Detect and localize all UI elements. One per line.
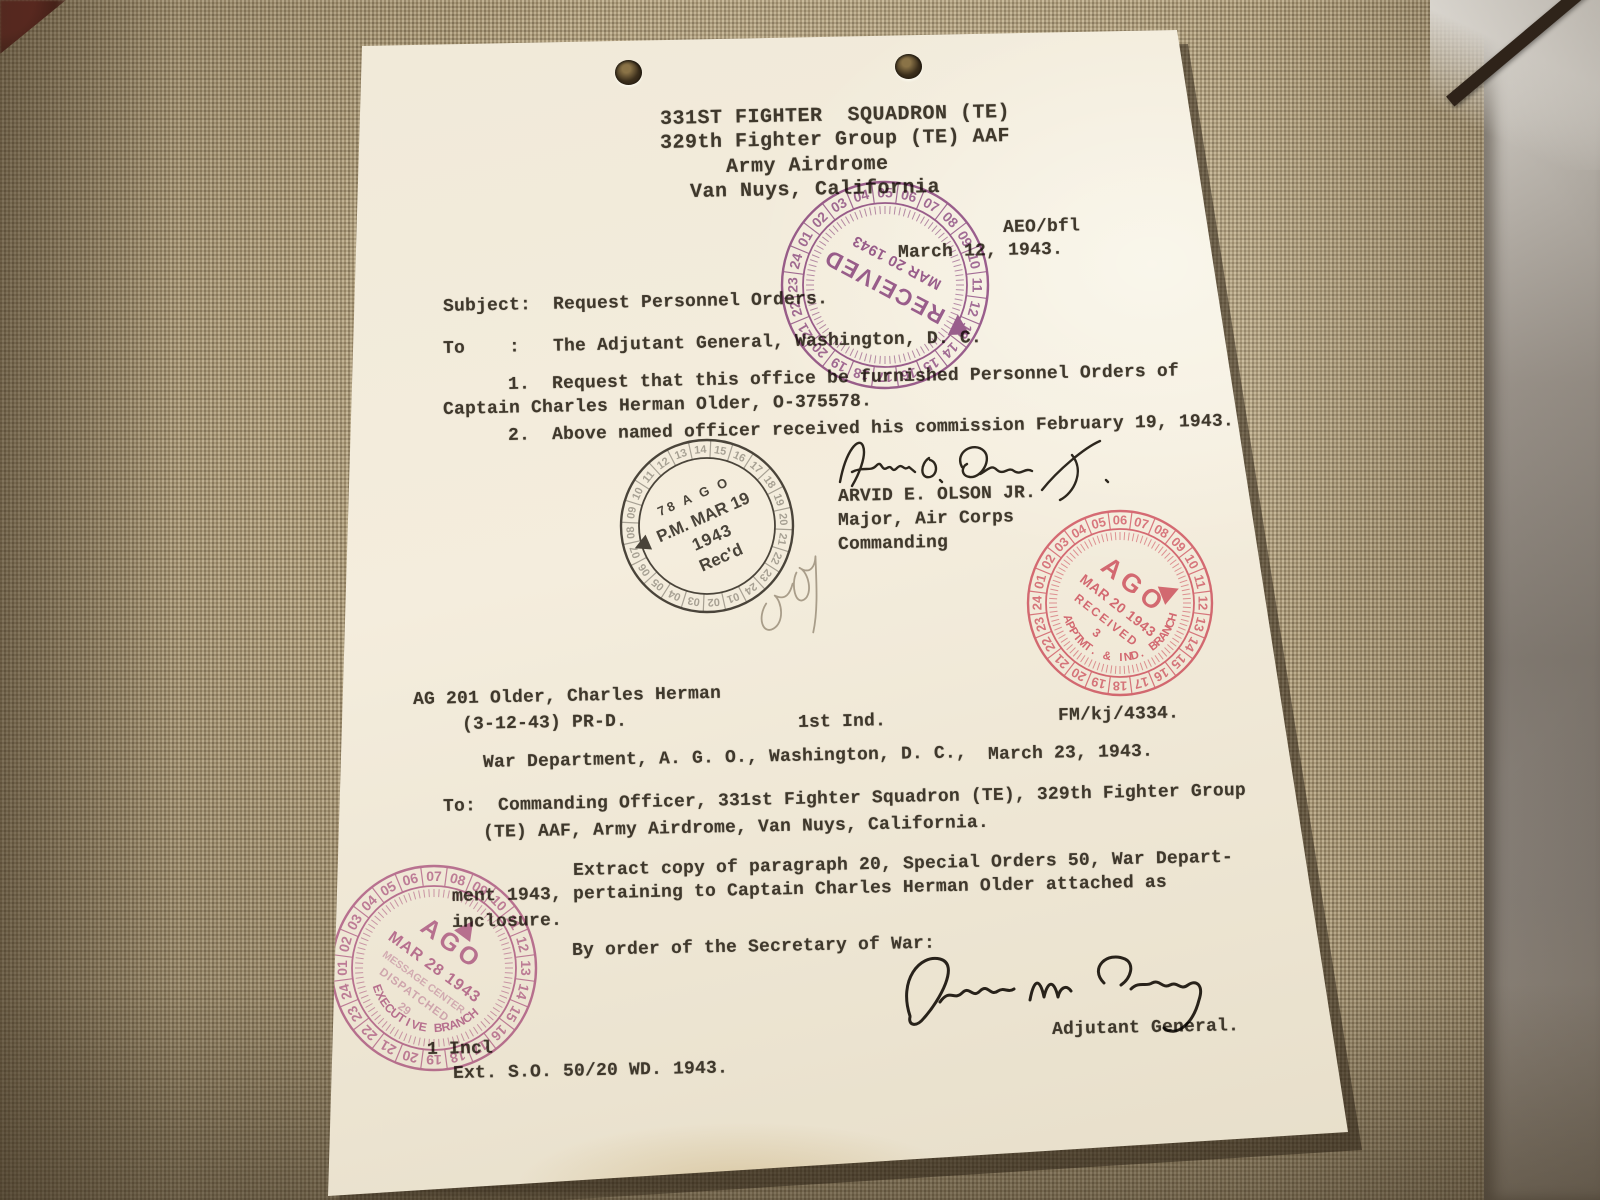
stamp-hatch-tick xyxy=(1097,663,1100,671)
stamp-hatch-tick xyxy=(1070,553,1076,559)
stamp-hatch-tick xyxy=(808,270,816,272)
stamp-hatch-tick xyxy=(865,354,867,362)
stamp-cell-divider xyxy=(710,440,711,458)
stamp-hatch-tick xyxy=(356,958,364,959)
stamp-hatch-tick xyxy=(956,290,964,291)
stamp-hatch-tick xyxy=(1059,568,1066,572)
stamp-hatch-tick xyxy=(924,219,928,226)
stamp-hatch-tick xyxy=(404,895,407,902)
stamp-ring-number: 13 xyxy=(1191,616,1209,634)
stamp-ring-number: 23 xyxy=(785,277,801,293)
stamp-hatch-tick xyxy=(504,958,512,959)
stamp-hatch-tick xyxy=(505,973,513,974)
stamp-hatch-tick xyxy=(487,1015,493,1020)
stamp-hatch-tick xyxy=(1148,539,1152,546)
stamp-hatch-tick xyxy=(371,1011,377,1016)
stamp-hatch-tick xyxy=(806,290,814,291)
stamp-hatch-tick xyxy=(470,900,474,907)
stamp-ring-number: 13 xyxy=(518,960,534,976)
stamp-hatch-tick xyxy=(452,1037,454,1045)
stamp-hatch-tick xyxy=(358,948,366,950)
stamp-hatch-tick xyxy=(1115,666,1116,674)
stamp-hatch-tick xyxy=(481,909,486,915)
stamp-ring-cell: 17 xyxy=(872,366,893,387)
stamp-cell-divider xyxy=(783,296,804,299)
stamp-ring-number: 03 xyxy=(687,594,701,608)
stamp-cell-divider xyxy=(775,529,793,530)
stamp-hatch-tick xyxy=(938,332,944,337)
stamp-cell-divider xyxy=(1029,613,1047,615)
stamp-arc-letter: I xyxy=(1119,652,1122,664)
stamp-cell-divider xyxy=(896,366,899,387)
stamp-hatch-tick xyxy=(833,338,838,344)
signer-rank: Major, Air Corps xyxy=(838,507,1014,531)
stamp-ring-number: 07 xyxy=(1133,514,1151,532)
stamp-hatch-tick xyxy=(890,206,891,214)
stamp-hatch-tick xyxy=(358,986,366,988)
signature-stroke xyxy=(840,441,1108,500)
stamp-ring-cell: 23 xyxy=(783,272,804,293)
stamp-hatch-tick xyxy=(846,346,850,353)
stamp-hatch-tick xyxy=(461,1034,464,1041)
stamp-hatch-tick xyxy=(439,1039,440,1047)
stamp-hatch-tick xyxy=(826,233,832,238)
stamp-hatch-tick xyxy=(501,943,509,946)
stamp-cell-divider xyxy=(1130,512,1132,530)
stamp-hatch-tick xyxy=(390,902,394,909)
stamp-ring-number: 24 xyxy=(1030,595,1045,610)
stamp-hatch-tick xyxy=(1097,536,1100,544)
stamp-ring-number: 20 xyxy=(400,1047,419,1067)
stamp-hatch-tick xyxy=(1093,537,1096,544)
stamp-hatch-tick xyxy=(807,294,815,295)
stamp-hatch-tick xyxy=(1175,568,1182,572)
stamp-cell-divider xyxy=(1193,613,1211,615)
stamp-hatch-tick xyxy=(361,995,368,998)
stamp-hatch-tick xyxy=(1064,560,1070,565)
stamp-hatch-tick xyxy=(894,207,895,215)
stamp-hatch-tick xyxy=(1106,665,1108,673)
stamp-hatch-tick xyxy=(371,920,377,925)
endorsement-body-line-2: ment 1943, pertaining to Captain Charles… xyxy=(452,873,1167,907)
stamp-arc-letter: & xyxy=(1101,650,1112,664)
stamp-ring-number: 18 xyxy=(851,365,870,385)
stamp-hatch-tick xyxy=(470,1029,474,1036)
stamp-hatch-tick xyxy=(498,933,505,937)
stamp-ring-number: 09 xyxy=(625,506,639,520)
stamp-cell-divider xyxy=(623,541,641,545)
indorsement-label: 1st Ind. xyxy=(798,711,886,733)
stamp-ring-number: 21 xyxy=(775,532,789,546)
stamp-hatch-tick xyxy=(503,986,511,988)
stamp-ring-cell: 13 xyxy=(515,960,535,981)
stamp-hatch-tick xyxy=(1155,544,1159,551)
signature-stroke xyxy=(907,957,1201,1031)
stamp-hatch-tick xyxy=(419,891,421,899)
photo-scene: 331ST FIGHTER SQUADRON (TE) 329th Fighte… xyxy=(0,0,1600,1200)
stamp-cell-divider xyxy=(445,1049,448,1069)
stamp-hatch-tick xyxy=(1136,534,1138,542)
endorsement-ref-line-2: (3-12-43) PR-D. xyxy=(462,712,627,735)
stamp-hatch-tick xyxy=(439,889,440,897)
stamp-cell-divider xyxy=(333,955,353,958)
stamp-hatch-tick xyxy=(912,351,915,358)
stamp-ring-number: 12 xyxy=(1195,596,1210,610)
stamp-ring-cell: 24 xyxy=(1029,591,1047,610)
stamp-ring-number: 11 xyxy=(1191,573,1209,590)
stamp-cell-divider xyxy=(722,592,726,610)
stamp-hatch-tick xyxy=(1053,580,1061,583)
stamp-hatch-tick xyxy=(841,219,845,226)
stamp-hatch-tick xyxy=(1128,533,1129,541)
stamp-hatch-tick xyxy=(819,241,826,245)
stamp-hatch-tick xyxy=(1182,589,1190,591)
ago-recd-stamp-black: 0102030405060708091011121314151617181920… xyxy=(607,426,807,626)
stamp-hatch-tick xyxy=(1051,585,1059,587)
stamp-hatch-tick xyxy=(908,352,911,360)
stamp-ring-number: 01 xyxy=(334,960,350,976)
stamp-hatch-tick xyxy=(473,902,477,909)
stamp-hatch-tick xyxy=(1162,650,1167,656)
stamp-hatch-tick xyxy=(903,209,905,217)
stamp-hatch-tick xyxy=(1064,641,1070,646)
stamp-hatch-tick xyxy=(1093,661,1096,668)
stamp-hatch-tick xyxy=(1180,623,1188,626)
stamp-ring-number: 05 xyxy=(1090,514,1108,532)
stamp-hatch-tick xyxy=(366,1004,373,1008)
stamp-hatch-tick xyxy=(443,890,444,898)
stamp-hatch-tick xyxy=(375,916,381,921)
stamp-cell-divider xyxy=(515,979,535,982)
stamp-cell-divider xyxy=(966,272,987,275)
stamp-hatch-tick xyxy=(924,344,928,351)
stamp-ring-number: 13 xyxy=(673,447,689,462)
stamp-hatch-tick xyxy=(452,892,454,900)
stamp-cell-divider xyxy=(1130,676,1132,694)
stamp-hatch-tick xyxy=(504,982,512,984)
stamp-hatch-tick xyxy=(355,973,363,974)
stamp-hatch-tick xyxy=(944,241,951,245)
stamp-ring-cell: 01 xyxy=(333,955,353,976)
stamp-ring-cell: 20 xyxy=(774,512,793,531)
stamp-hatch-tick xyxy=(949,316,956,320)
stamp-hatch-tick xyxy=(928,341,933,347)
stamp-hatch-tick xyxy=(1102,534,1104,542)
stamp-ring-number: 22 xyxy=(786,299,806,318)
stamp-cell-divider xyxy=(333,979,353,982)
stamp-hatch-tick xyxy=(903,354,905,362)
stamp-hatch-tick xyxy=(409,893,412,901)
endorsement-ref-line-1: AG 201 Older, Charles Herman xyxy=(413,684,721,710)
stamp-ring-number: 16 xyxy=(899,365,918,385)
stamp-hatch-tick xyxy=(419,1038,421,1046)
stamp-center-line: 3 xyxy=(1090,625,1104,640)
stamp-hatch-tick xyxy=(1177,631,1184,635)
stamp-hatch-tick xyxy=(946,246,953,250)
stamp-hatch-tick xyxy=(1162,550,1167,556)
stamp-hatch-tick xyxy=(1050,594,1058,595)
stamp-hatch-tick xyxy=(935,335,941,341)
stamp-hatch-tick xyxy=(487,916,493,921)
stamp-hatch-tick xyxy=(850,349,854,356)
stamp-hatch-tick xyxy=(1102,664,1104,672)
stamp-hatch-tick xyxy=(860,352,863,360)
stamp-hatch-tick xyxy=(490,920,496,925)
stamp-hatch-tick xyxy=(500,995,507,998)
stamp-hatch-tick xyxy=(355,963,363,964)
stamp-ring-number: 14 xyxy=(513,982,533,1001)
stamp-hatch-tick xyxy=(1073,550,1078,556)
stamp-ring-number: 07 xyxy=(426,868,442,884)
stamp-ring-number: 14 xyxy=(694,444,708,457)
stamp-hatch-tick xyxy=(368,924,375,928)
endorsement-to-line-2: (TE) AAF, Army Airdrome, Van Nuys, Calif… xyxy=(483,813,989,843)
stamp-hatch-tick xyxy=(361,938,368,941)
stamp-hatch-tick xyxy=(1128,665,1129,673)
stamp-hatch-tick xyxy=(465,1032,469,1039)
stamp-cell-divider xyxy=(872,183,875,204)
stamp-hatch-tick xyxy=(484,912,490,918)
stamp-hatch-tick xyxy=(457,1035,460,1043)
stamp-hatch-tick xyxy=(875,207,876,215)
stamp-hatch-tick xyxy=(1155,655,1159,662)
stamp-ago-magenta-svg: 0102030405060708091011121314151617181920… xyxy=(318,852,550,1084)
stamp-hatch-tick xyxy=(481,1021,486,1027)
stamp-hatch-tick xyxy=(1106,533,1108,541)
stamp-hatch-tick xyxy=(395,900,399,907)
stamp-hatch-tick xyxy=(504,977,512,978)
stamp-hatch-tick xyxy=(1085,542,1089,549)
stamp-hatch-tick xyxy=(850,214,854,221)
stamp-hatch-tick xyxy=(1170,641,1176,646)
stamp-ring-number: 02 xyxy=(335,934,355,953)
stamp-hatch-tick xyxy=(1054,627,1061,630)
stamp-hatch-tick xyxy=(875,355,876,363)
stamp-hatch-tick xyxy=(395,1029,399,1036)
stamp-ring-cell: 05 xyxy=(877,183,898,204)
stamp-hatch-tick xyxy=(465,897,469,904)
stamp-hatch-tick xyxy=(809,265,817,267)
stamp-hatch-tick xyxy=(855,351,858,358)
stamp-hatch-tick xyxy=(500,938,507,941)
stamp-hatch-tick xyxy=(1061,638,1068,642)
stamp-ring-number: 18 xyxy=(1113,678,1127,693)
stamp-hatch-tick xyxy=(1049,607,1057,608)
stamp-ring-number: 20 xyxy=(776,513,789,526)
stamp-hatch-tick xyxy=(1144,661,1147,668)
stamp-hatch-tick xyxy=(1124,532,1125,540)
stamp-cell-divider xyxy=(1108,512,1110,530)
stamp-hatch-tick xyxy=(1182,611,1190,612)
stamp-cell-divider xyxy=(1029,591,1047,593)
stamp-ring-number: 24 xyxy=(786,251,806,270)
stamp-hatch-tick xyxy=(912,212,915,219)
stamp-root: 0102030405060708091011121314151617181920… xyxy=(1028,511,1212,695)
wall-highlight xyxy=(1430,0,1600,170)
stamp-ring-number: 06 xyxy=(1113,513,1127,528)
stamp-hatch-tick xyxy=(495,1004,502,1008)
stamp-cell-divider xyxy=(688,442,692,460)
stamp-hatch-tick xyxy=(375,1015,381,1020)
stamp-ring-number: 06 xyxy=(401,869,420,889)
stamp-hatch-tick xyxy=(495,929,502,933)
stamp-ring-number: 04 xyxy=(851,186,870,206)
office-symbol: AEO/bfl xyxy=(1003,216,1080,238)
stamp-root: 0102030405060708091011121314151617181920… xyxy=(782,182,988,388)
stamp-hatch-tick xyxy=(1089,660,1093,667)
stamp-hatch-tick xyxy=(955,294,963,295)
stamp-hatch-tick xyxy=(493,1007,500,1011)
stamp-hatch-tick xyxy=(366,929,373,933)
stamp-hatch-tick xyxy=(1158,547,1163,553)
stamp-hatch-tick xyxy=(860,210,863,218)
stamp-ring-cell: 12 xyxy=(1193,596,1211,615)
stamp-ring-number: 24 xyxy=(335,982,355,1001)
stamp-hatch-tick xyxy=(448,891,450,899)
punch-hole-right xyxy=(895,54,922,79)
stamp-hatch-tick xyxy=(1077,547,1082,553)
stamp-hatch-tick xyxy=(1178,576,1185,579)
stamp-hatch-tick xyxy=(946,321,953,325)
stamp-arc-letter: H xyxy=(1166,612,1180,623)
stamp-hatch-tick xyxy=(899,355,901,363)
stamp-ago-red-svg: 0102030405060708091011121314151617181920… xyxy=(1014,497,1226,709)
stamp-hatch-tick xyxy=(386,905,391,911)
stamp-hatch-tick xyxy=(812,255,819,258)
stamp-hatch-tick xyxy=(443,1038,444,1046)
received-date-stamp-purple: 0102030405060708091011121314151617181920… xyxy=(768,168,1002,402)
stamp-hatch-tick xyxy=(1056,631,1063,635)
stamp-cell-divider xyxy=(773,507,791,511)
stamp-hatch-tick xyxy=(1067,645,1073,650)
stamp-hatch-tick xyxy=(363,999,370,1003)
stamp-hatch-tick xyxy=(484,1018,490,1024)
stamp-hatch-tick xyxy=(810,308,818,311)
stamp-hatch-tick xyxy=(1165,648,1171,654)
stamp-hatch-tick xyxy=(938,233,944,238)
stamp-hatch-tick xyxy=(390,1027,394,1034)
stamp-cell-divider xyxy=(783,272,804,275)
ago-dispatched-stamp-magenta: 0102030405060708091011121314151617181920… xyxy=(318,852,550,1084)
stamp-cell-divider xyxy=(515,955,535,958)
stamp-hatch-tick xyxy=(505,963,513,964)
stamp-cell-divider xyxy=(966,296,987,299)
stamp-ring-number: 08 xyxy=(448,869,467,889)
stamp-hatch-tick xyxy=(1050,615,1058,617)
stamp-hatch-tick xyxy=(1180,580,1188,583)
stamp-cell-divider xyxy=(621,522,639,523)
stamp-hatch-tick xyxy=(356,977,364,978)
stamp-hatch-tick xyxy=(1050,611,1058,612)
stamp-hatch-tick xyxy=(503,948,511,950)
stamp-hatch-tick xyxy=(448,1038,450,1046)
stamp-hatch-tick xyxy=(951,255,958,258)
stamp-ring-cell: 02 xyxy=(702,593,721,612)
ago-received-stamp-red: 0102030405060708091011121314151617181920… xyxy=(1014,497,1226,709)
stamp-hatch-tick xyxy=(1182,615,1190,617)
stamp-hatch-tick xyxy=(955,299,963,301)
stamp-ring-number: 10 xyxy=(965,251,985,270)
stamp-hatch-tick xyxy=(865,209,867,217)
stamp-ring-cell: 07 xyxy=(426,867,447,887)
stamp-hatch-tick xyxy=(826,332,832,337)
stamp-ring-cell: 08 xyxy=(621,521,640,540)
stamp-hatch-tick xyxy=(955,270,963,272)
stamp-hatch-tick xyxy=(1165,553,1171,559)
stamp-cell-divider xyxy=(421,1049,424,1069)
stamp-hatch-tick xyxy=(404,1034,407,1041)
stamp-outer-circle xyxy=(621,440,793,612)
stamp-hatch-tick xyxy=(1152,542,1156,549)
stamp-received-purple-svg: 0102030405060708091011121314151617181920… xyxy=(768,168,1002,402)
stamp-hatch-tick xyxy=(833,226,838,232)
signer-title: Commanding xyxy=(838,533,948,555)
stamp-hatch-tick xyxy=(1049,598,1057,599)
stamp-hatch-tick xyxy=(941,328,947,333)
stamp-hatch-tick xyxy=(806,280,814,281)
stamp-ring-number: 19 xyxy=(426,1052,442,1068)
stamp-hatch-tick xyxy=(955,275,963,276)
stamp-hatch-tick xyxy=(944,324,951,328)
stamp-hatch-tick xyxy=(409,1035,412,1043)
stamp-hatch-tick xyxy=(1115,532,1116,540)
stamp-hatch-tick xyxy=(1167,556,1173,561)
stamp-hatch-tick xyxy=(952,308,960,311)
stamp-hatch-tick xyxy=(870,355,872,363)
stamp-hatch-tick xyxy=(880,356,881,364)
stamp-hatch-tick xyxy=(829,229,835,235)
stamp-hatch-tick xyxy=(1081,544,1085,551)
stamp-hatch-tick xyxy=(368,1007,375,1011)
stamp-ring-number: 12 xyxy=(965,299,985,318)
stamp-hatch-tick xyxy=(954,265,962,267)
stamp-hatch-tick xyxy=(1181,585,1189,587)
stamp-hatch-tick xyxy=(817,246,824,250)
stamp-hatch-tick xyxy=(928,222,933,228)
stamp-hatch-tick xyxy=(363,933,370,937)
stamp-hatch-tick xyxy=(1077,653,1082,659)
stamp-ring-number: 15 xyxy=(713,444,727,458)
stamp-hatch-tick xyxy=(1182,594,1190,595)
stamp-hatch-tick xyxy=(357,953,365,955)
stamp-hatch-tick xyxy=(822,328,828,333)
endorsement-to-line-1: To: Commanding Officer, 331st Fighter Sq… xyxy=(443,781,1246,817)
stamp-ring-number: 05 xyxy=(877,185,893,201)
stamp-hatch-tick xyxy=(1132,665,1134,673)
stamp-hatch-tick xyxy=(1053,623,1061,626)
stamp-ring-cell: 06 xyxy=(1113,512,1132,530)
stamp-ring-number: 06 xyxy=(899,186,918,206)
stamp-hatch-tick xyxy=(956,280,964,281)
stamp-hatch-tick xyxy=(504,953,512,955)
stamp-ring-cell: 11 xyxy=(966,278,987,299)
stamp-hatch-tick xyxy=(952,260,960,263)
stamp-hatch-tick xyxy=(414,892,416,900)
stamp-ring-number: 11 xyxy=(969,278,985,293)
stamp-hatch-tick xyxy=(809,303,817,305)
stamp-ring-number: 08 xyxy=(625,526,638,539)
stamp-hatch-tick xyxy=(386,1024,391,1030)
stamp-hatch-tick xyxy=(498,999,505,1003)
stamp-cell-divider xyxy=(1193,591,1211,593)
stamp-hatch-tick xyxy=(822,237,828,242)
stamp-hatch-tick xyxy=(378,912,384,918)
stamp-hatch-tick xyxy=(457,893,460,901)
stamp-hatch-tick xyxy=(1170,560,1176,565)
punch-hole-left xyxy=(615,60,642,85)
stamp-hatch-tick xyxy=(1054,576,1061,579)
stamp-hatch-tick xyxy=(399,1032,403,1039)
